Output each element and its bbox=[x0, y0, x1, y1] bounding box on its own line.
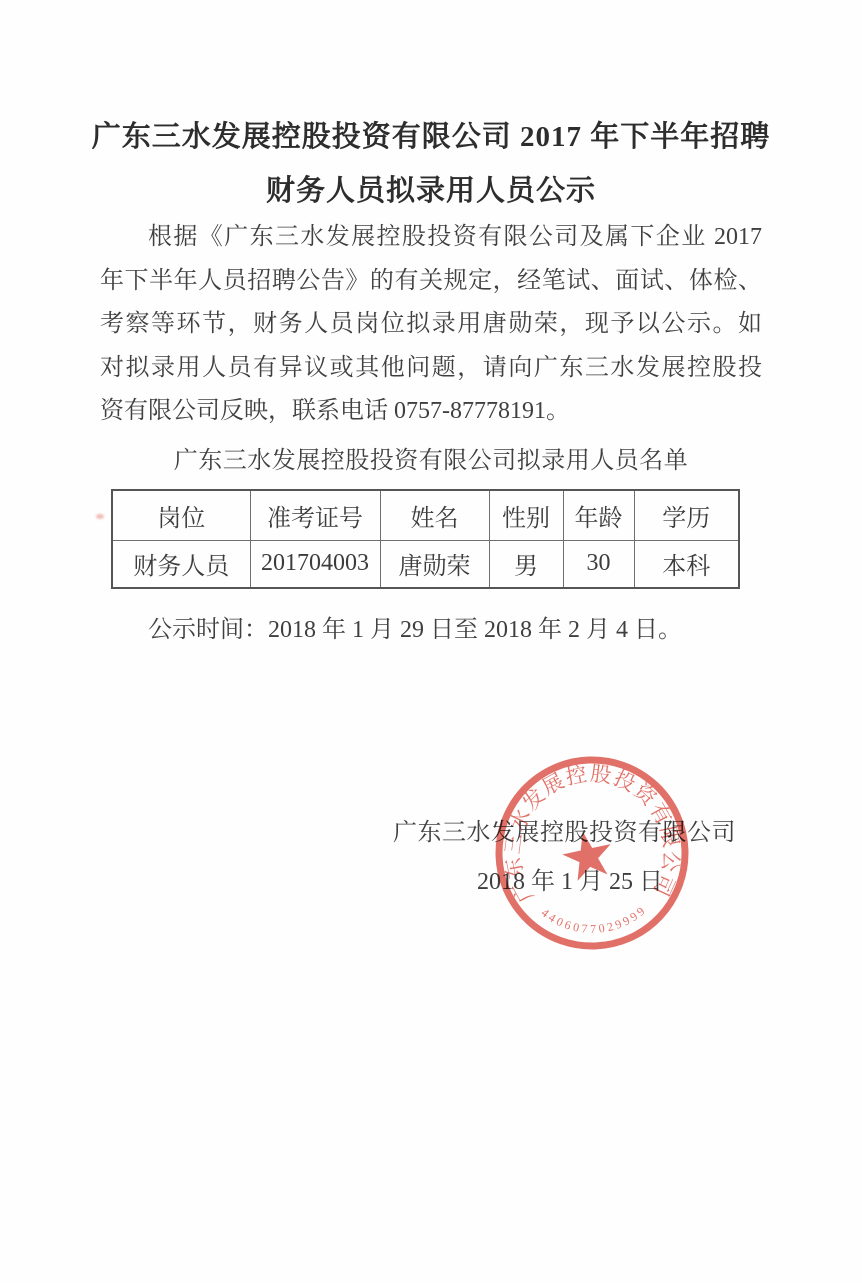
column-header-name: 姓名 bbox=[380, 490, 489, 540]
signature-company-name: 广东三水发展控股投资有限公司 bbox=[393, 812, 736, 847]
announcement-body: 根据《广东三水发展控股投资有限公司及属下企业 2017 年下半年人员招聘公告》的… bbox=[100, 216, 762, 434]
cell-education: 本科 bbox=[634, 540, 739, 588]
table-row: 财务人员 201704003 唐勋荣 男 30 本科 bbox=[112, 540, 739, 588]
cell-age: 30 bbox=[563, 540, 634, 588]
company-seal-stamp: 广东三水发展控股投资有限公司 4406077029999 bbox=[478, 739, 706, 967]
column-header-age: 年龄 bbox=[563, 490, 634, 540]
column-header-position: 岗位 bbox=[112, 490, 250, 540]
cell-position: 财务人员 bbox=[112, 540, 250, 588]
seal-ring bbox=[496, 757, 688, 949]
body-line: 考察等环节，财务人员岗位拟录用唐勋荣，现予以公示。如 bbox=[100, 303, 762, 347]
body-line: 根据《广东三水发展控股投资有限公司及属下企业 2017 bbox=[100, 216, 762, 260]
publicity-period-line: 公示时间：2018 年 1 月 29 日至 2018 年 2 月 4 日。 bbox=[100, 609, 762, 644]
body-line: 对拟录用人员有异议或其他问题，请向广东三水发展控股投 bbox=[100, 347, 762, 391]
document-page: 广东三水发展控股投资有限公司 2017 年下半年招聘 财务人员拟录用人员公示 根… bbox=[0, 0, 862, 1283]
roster-table-caption: 广东三水发展控股投资有限公司拟录用人员名单 bbox=[0, 440, 862, 475]
cell-gender: 男 bbox=[489, 540, 563, 588]
document-title-line2: 财务人员拟录用人员公示 bbox=[0, 168, 862, 209]
scan-artifact-dot bbox=[96, 514, 104, 519]
body-line: 资有限公司反映，联系电话 0757-87778191。 bbox=[100, 390, 762, 434]
column-header-education: 学历 bbox=[634, 490, 739, 540]
column-header-exam-number: 准考证号 bbox=[250, 490, 380, 540]
roster-table: 岗位 准考证号 姓名 性别 年龄 学历 财务人员 201704003 唐勋荣 男… bbox=[111, 489, 740, 589]
document-title-line1: 广东三水发展控股投资有限公司 2017 年下半年招聘 bbox=[0, 114, 862, 155]
cell-name: 唐勋荣 bbox=[380, 540, 489, 588]
body-line: 年下半年人员招聘公告》的有关规定，经笔试、面试、体检、 bbox=[100, 260, 762, 304]
table-header-row: 岗位 准考证号 姓名 性别 年龄 学历 bbox=[112, 490, 739, 540]
seal-serial-number: 4406077029999 bbox=[538, 902, 650, 938]
signature-date: 2018 年 1 月 25 日 bbox=[477, 861, 663, 896]
cell-exam-number: 201704003 bbox=[250, 540, 380, 588]
column-header-gender: 性别 bbox=[489, 490, 563, 540]
